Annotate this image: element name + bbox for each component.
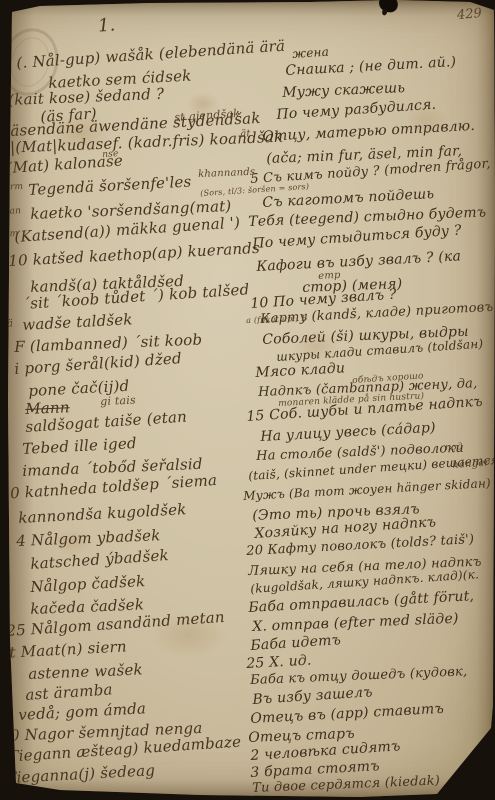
manuscript-line-left: Tegendä šoršenfe'les — [28, 174, 192, 198]
manuscript-line-right: Х. отправ (efter med släде) — [252, 612, 459, 634]
manuscript-line-left: 4 Nålgom ybadšek — [16, 528, 161, 549]
manuscript-line-left: katsched ýbadšek — [30, 548, 169, 572]
manuscript-line-left: ast äramba — [25, 682, 113, 703]
manuscript-line-right: Мясо клади — [255, 361, 345, 380]
page-heading: 1. — [97, 14, 116, 36]
page-number: 429 — [456, 6, 482, 23]
manuscript-line-right: На улицу увесь (сáдар) — [260, 421, 436, 444]
manuscript-line-left: Tieganna(j) šedeag — [6, 763, 155, 786]
manuscript-line-right: Кафоги въ избу звалъ ? (ка — [256, 249, 461, 274]
manuscript-annotation: nse — [102, 150, 119, 160]
manuscript-line-left: Tebed ille iged — [22, 436, 137, 457]
manuscript-line-left: 10 katšed kaethop(ap) kuerands — [8, 241, 260, 269]
manuscript-annotation: turm — [0, 183, 24, 193]
manuscript-annotation: ät — [240, 129, 251, 140]
manuscript-page: 1. 429 (. Nål-gup) wašåk (elebendänä ärä… — [0, 0, 495, 800]
manuscript-line-left: vedå; gom ámda — [18, 701, 146, 723]
manuscript-line-right: Въ избу зашелъ — [252, 685, 373, 707]
manuscript-annotation: khannands — [198, 168, 255, 180]
manuscript-line-right: жена — [292, 46, 329, 60]
manuscript-annotation: Man — [0, 207, 21, 217]
manuscript-line-left: astenne wašek — [28, 662, 143, 682]
manuscript-line-left: kannondša kugoldšek — [18, 502, 187, 526]
manuscript-line-right: По чему разбудился. — [276, 98, 437, 122]
manuscript-line-left: (. Nål-gup) wašåk (elebendänä ärä — [16, 39, 286, 71]
manuscript-photo: 1. 429 (. Nål-gup) wašåk (elebendänä ärä… — [0, 0, 495, 800]
manuscript-line-left: ät Maat(n) siern — [0, 639, 127, 661]
manuscript-annotation: под — [445, 443, 463, 453]
manuscript-line-left: wadše taldšek — [22, 312, 133, 333]
manuscript-line-left: Nålgop čadšek — [30, 574, 146, 595]
manuscript-annotation: llä — [0, 319, 13, 330]
manuscript-annotation: tom — [0, 230, 19, 240]
manuscript-annotation: emp — [318, 271, 341, 282]
manuscript-line-right: Отцу, матерью отправлю. — [262, 119, 475, 144]
manuscript-annotation: hänger — [452, 459, 490, 471]
manuscript-line-right: Баба идетъ — [250, 633, 341, 653]
manuscript-annotation: gi tais — [100, 395, 136, 407]
manuscript-line-right: 25 Х. ид. — [246, 654, 312, 671]
manuscript-line-right: Мужу скажешь — [282, 81, 405, 100]
manuscript-line-left: i porg šerål(kid) džed — [14, 351, 182, 377]
